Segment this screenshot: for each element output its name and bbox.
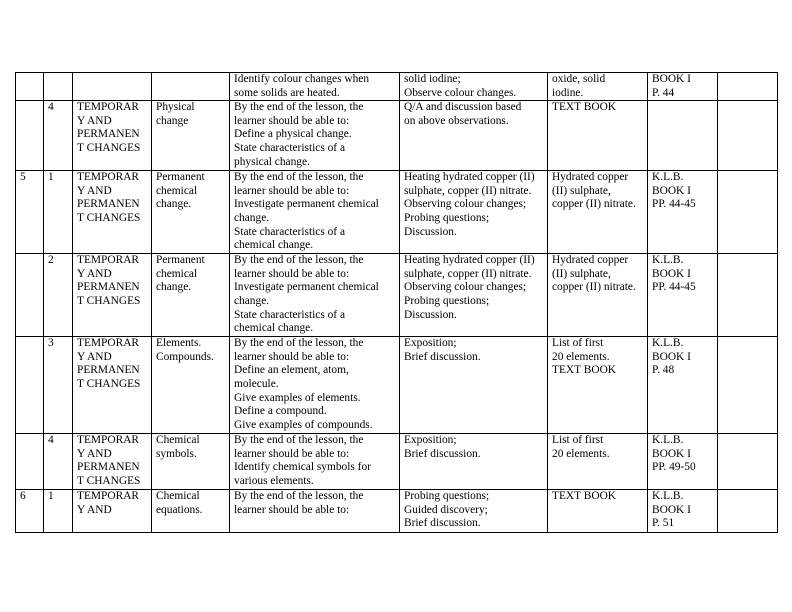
activities-line: Exposition; — [404, 337, 544, 351]
objectives-line: learner should be able to: — [234, 115, 396, 129]
topic-line: Y AND — [77, 504, 148, 518]
lesson-cell: 3 — [44, 337, 73, 434]
remarks-cell — [718, 101, 778, 171]
objectives-line: change. — [234, 295, 396, 309]
activities-cell: Exposition;Brief discussion. — [400, 337, 548, 434]
activities-line: Observing colour changes; — [404, 198, 544, 212]
week-cell — [16, 73, 44, 101]
topic-cell: TEMPORARY ANDPERMANENT CHANGES — [73, 101, 152, 171]
resources-line: oxide, solid — [552, 73, 644, 87]
activities-line: Exposition; — [404, 434, 544, 448]
objectives-line: By the end of the lesson, the — [234, 254, 396, 268]
resources-cell: oxide, solidiodine. — [548, 73, 648, 101]
week-cell: 6 — [16, 490, 44, 533]
activities-line: Q/A and discussion based — [404, 101, 544, 115]
resources-line: TEXT BOOK — [552, 101, 644, 115]
objectives-line: learner should be able to: — [234, 268, 396, 282]
objectives-line: Define a physical change. — [234, 128, 396, 142]
activities-line: Brief discussion. — [404, 448, 544, 462]
topic-cell: TEMPORARY ANDPERMANENT CHANGES — [73, 337, 152, 434]
objectives-line: By the end of the lesson, the — [234, 171, 396, 185]
topic-line: Y AND — [77, 185, 148, 199]
objectives-line: By the end of the lesson, the — [234, 434, 396, 448]
objectives-line: Investigate permanent chemical — [234, 281, 396, 295]
resources-line: 20 elements. — [552, 448, 644, 462]
references-line: BOOK I — [652, 73, 714, 87]
activities-line: Discussion. — [404, 309, 544, 323]
objectives-line: By the end of the lesson, the — [234, 101, 396, 115]
topic-cell: TEMPORARY ANDPERMANENT CHANGES — [73, 434, 152, 490]
resources-cell: Hydrated copper(II) sulphate,copper (II)… — [548, 171, 648, 254]
remarks-cell — [718, 73, 778, 101]
topic-line: T CHANGES — [77, 142, 148, 156]
activities-line: Heating hydrated copper (II) — [404, 171, 544, 185]
subtopic-cell: Chemicalsymbols. — [152, 434, 230, 490]
subtopic-cell: Physicalchange — [152, 101, 230, 171]
topic-line: PERMANEN — [77, 198, 148, 212]
lesson-cell: 1 — [44, 490, 73, 533]
topic-line: PERMANEN — [77, 364, 148, 378]
topic-line: Y AND — [77, 448, 148, 462]
resources-line: iodine. — [552, 87, 644, 101]
topic-cell: TEMPORARY ANDPERMANENT CHANGES — [73, 171, 152, 254]
references-cell: K.L.B.BOOK IPP. 49-50 — [648, 434, 718, 490]
subtopic-line: chemical — [156, 185, 226, 199]
resources-line: copper (II) nitrate. — [552, 198, 644, 212]
subtopic-cell — [152, 73, 230, 101]
objectives-cell: By the end of the lesson, thelearner sho… — [230, 171, 400, 254]
resources-line: (II) sulphate, — [552, 268, 644, 282]
objectives-line: molecule. — [234, 378, 396, 392]
activities-line: Probing questions; — [404, 490, 544, 504]
resources-line: List of first — [552, 337, 644, 351]
subtopic-line: Chemical — [156, 434, 226, 448]
topic-cell: TEMPORARY AND — [73, 490, 152, 533]
objectives-cell: By the end of the lesson, thelearner sho… — [230, 434, 400, 490]
table-row: Identify colour changes whensome solids … — [16, 73, 778, 101]
subtopic-line: change. — [156, 198, 226, 212]
table-row: 4TEMPORARY ANDPERMANENT CHANGESChemicals… — [16, 434, 778, 490]
resources-line: Hydrated copper — [552, 254, 644, 268]
subtopic-line: chemical — [156, 268, 226, 282]
references-cell: BOOK IP. 44 — [648, 73, 718, 101]
topic-line: TEMPORAR — [77, 434, 148, 448]
resources-line: 20 elements. — [552, 351, 644, 365]
references-cell: K.L.B.BOOK IP. 51 — [648, 490, 718, 533]
topic-line: TEMPORAR — [77, 101, 148, 115]
topic-line: T CHANGES — [77, 475, 148, 489]
topic-line: TEMPORAR — [77, 171, 148, 185]
topic-cell — [73, 73, 152, 101]
objectives-line: State characteristics of a — [234, 142, 396, 156]
references-line: K.L.B. — [652, 490, 714, 504]
remarks-cell — [718, 490, 778, 533]
table-row: 2TEMPORARY ANDPERMANENT CHANGESPermanent… — [16, 254, 778, 337]
references-line: P. 44 — [652, 87, 714, 101]
references-cell: K.L.B.BOOK IPP. 44-45 — [648, 254, 718, 337]
activities-line: on above observations. — [404, 115, 544, 129]
subtopic-line: Permanent — [156, 254, 226, 268]
activities-line: Observing colour changes; — [404, 281, 544, 295]
topic-line: T CHANGES — [77, 378, 148, 392]
objectives-line: Identify chemical symbols for — [234, 461, 396, 475]
subtopic-line: change — [156, 115, 226, 129]
subtopic-line: Chemical — [156, 490, 226, 504]
resources-cell: List of first20 elements.TEXT BOOK — [548, 337, 648, 434]
table-row: 4TEMPORARY ANDPERMANENT CHANGESPhysicalc… — [16, 101, 778, 171]
objectives-line: Give examples of elements. — [234, 392, 396, 406]
resources-cell: TEXT BOOK — [548, 101, 648, 171]
references-line: P. 48 — [652, 364, 714, 378]
resources-cell: Hydrated copper(II) sulphate,copper (II)… — [548, 254, 648, 337]
activities-cell: Heating hydrated copper (II)sulphate, co… — [400, 254, 548, 337]
topic-line: TEMPORAR — [77, 337, 148, 351]
activities-line: Brief discussion. — [404, 517, 544, 531]
resources-line: List of first — [552, 434, 644, 448]
topic-line: TEMPORAR — [77, 254, 148, 268]
references-line: BOOK I — [652, 448, 714, 462]
subtopic-cell: Permanentchemicalchange. — [152, 171, 230, 254]
objectives-line: various elements. — [234, 475, 396, 489]
objectives-line: Define a compound. — [234, 405, 396, 419]
table-row: 3TEMPORARY ANDPERMANENT CHANGESElements.… — [16, 337, 778, 434]
objectives-line: chemical change. — [234, 239, 396, 253]
week-cell: 5 — [16, 171, 44, 254]
objectives-line: learner should be able to: — [234, 351, 396, 365]
references-cell: K.L.B.BOOK IPP. 44-45 — [648, 171, 718, 254]
references-line: BOOK I — [652, 185, 714, 199]
resources-line: copper (II) nitrate. — [552, 281, 644, 295]
lesson-cell: 2 — [44, 254, 73, 337]
references-line: K.L.B. — [652, 254, 714, 268]
activities-cell: Q/A and discussion basedon above observa… — [400, 101, 548, 171]
topic-line: Y AND — [77, 268, 148, 282]
subtopic-line: change. — [156, 281, 226, 295]
subtopic-cell: Permanentchemicalchange. — [152, 254, 230, 337]
objectives-cell: Identify colour changes whensome solids … — [230, 73, 400, 101]
lesson-cell: 4 — [44, 101, 73, 171]
week-cell — [16, 254, 44, 337]
references-line: BOOK I — [652, 504, 714, 518]
remarks-cell — [718, 171, 778, 254]
subtopic-line: Physical — [156, 101, 226, 115]
references-line: P. 51 — [652, 517, 714, 531]
topic-line: Y AND — [77, 351, 148, 365]
references-cell: K.L.B.BOOK IP. 48 — [648, 337, 718, 434]
resources-line: TEXT BOOK — [552, 490, 644, 504]
topic-line: Y AND — [77, 115, 148, 129]
references-line: K.L.B. — [652, 171, 714, 185]
objectives-line: physical change. — [234, 156, 396, 170]
resources-line: (II) sulphate, — [552, 185, 644, 199]
activities-cell: Exposition;Brief discussion. — [400, 434, 548, 490]
activities-line: sulphate, copper (II) nitrate. — [404, 268, 544, 282]
subtopic-line: Permanent — [156, 171, 226, 185]
scheme-of-work-table: Identify colour changes whensome solids … — [15, 72, 778, 533]
remarks-cell — [718, 434, 778, 490]
topic-line: PERMANEN — [77, 281, 148, 295]
objectives-line: some solids are heated. — [234, 87, 396, 101]
objectives-line: learner should be able to: — [234, 448, 396, 462]
references-line: PP. 49-50 — [652, 461, 714, 475]
topic-cell: TEMPORARY ANDPERMANENT CHANGES — [73, 254, 152, 337]
references-cell — [648, 101, 718, 171]
activities-cell: Probing questions;Guided discovery;Brief… — [400, 490, 548, 533]
subtopic-line: symbols. — [156, 448, 226, 462]
topic-line: PERMANEN — [77, 461, 148, 475]
activities-line: solid iodine; — [404, 73, 544, 87]
activities-cell: solid iodine;Observe colour changes. — [400, 73, 548, 101]
objectives-cell: By the end of the lesson, thelearner sho… — [230, 101, 400, 171]
activities-line: Guided discovery; — [404, 504, 544, 518]
subtopic-cell: Chemicalequations. — [152, 490, 230, 533]
objectives-line: Investigate permanent chemical — [234, 198, 396, 212]
objectives-line: learner should be able to: — [234, 504, 396, 518]
objectives-line: State characteristics of a — [234, 309, 396, 323]
activities-line: Observe colour changes. — [404, 87, 544, 101]
objectives-cell: By the end of the lesson, thelearner sho… — [230, 254, 400, 337]
activities-line: Discussion. — [404, 226, 544, 240]
objectives-line: By the end of the lesson, the — [234, 337, 396, 351]
references-line: K.L.B. — [652, 434, 714, 448]
references-line: BOOK I — [652, 268, 714, 282]
topic-line: PERMANEN — [77, 128, 148, 142]
objectives-line: By the end of the lesson, the — [234, 490, 396, 504]
resources-cell: List of first20 elements. — [548, 434, 648, 490]
week-cell — [16, 337, 44, 434]
objectives-line: Identify colour changes when — [234, 73, 396, 87]
activities-line: Probing questions; — [404, 212, 544, 226]
references-line: PP. 44-45 — [652, 281, 714, 295]
subtopic-line: Elements. — [156, 337, 226, 351]
objectives-cell: By the end of the lesson, thelearner sho… — [230, 337, 400, 434]
activities-line: Brief discussion. — [404, 351, 544, 365]
references-line: K.L.B. — [652, 337, 714, 351]
remarks-cell — [718, 337, 778, 434]
topic-line: T CHANGES — [77, 212, 148, 226]
resources-line: TEXT BOOK — [552, 364, 644, 378]
activities-line: Heating hydrated copper (II) — [404, 254, 544, 268]
resources-line: Hydrated copper — [552, 171, 644, 185]
subtopic-line: Compounds. — [156, 351, 226, 365]
week-cell — [16, 101, 44, 171]
lesson-cell: 1 — [44, 171, 73, 254]
lesson-cell: 4 — [44, 434, 73, 490]
objectives-cell: By the end of the lesson, thelearner sho… — [230, 490, 400, 533]
objectives-line: learner should be able to: — [234, 185, 396, 199]
subtopic-line: equations. — [156, 504, 226, 518]
resources-cell: TEXT BOOK — [548, 490, 648, 533]
objectives-line: chemical change. — [234, 322, 396, 336]
objectives-line: State characteristics of a — [234, 226, 396, 240]
topic-line: TEMPORAR — [77, 490, 148, 504]
references-line: BOOK I — [652, 351, 714, 365]
subtopic-cell: Elements.Compounds. — [152, 337, 230, 434]
objectives-line: change. — [234, 212, 396, 226]
topic-line: T CHANGES — [77, 295, 148, 309]
remarks-cell — [718, 254, 778, 337]
lesson-cell — [44, 73, 73, 101]
activities-line: Probing questions; — [404, 295, 544, 309]
week-cell — [16, 434, 44, 490]
objectives-line: Give examples of compounds. — [234, 419, 396, 433]
activities-cell: Heating hydrated copper (II)sulphate, co… — [400, 171, 548, 254]
objectives-line: Define an element, atom, — [234, 364, 396, 378]
table-row: 61TEMPORARY ANDChemicalequations.By the … — [16, 490, 778, 533]
references-line: PP. 44-45 — [652, 198, 714, 212]
activities-line: sulphate, copper (II) nitrate. — [404, 185, 544, 199]
table-row: 51TEMPORARY ANDPERMANENT CHANGESPermanen… — [16, 171, 778, 254]
